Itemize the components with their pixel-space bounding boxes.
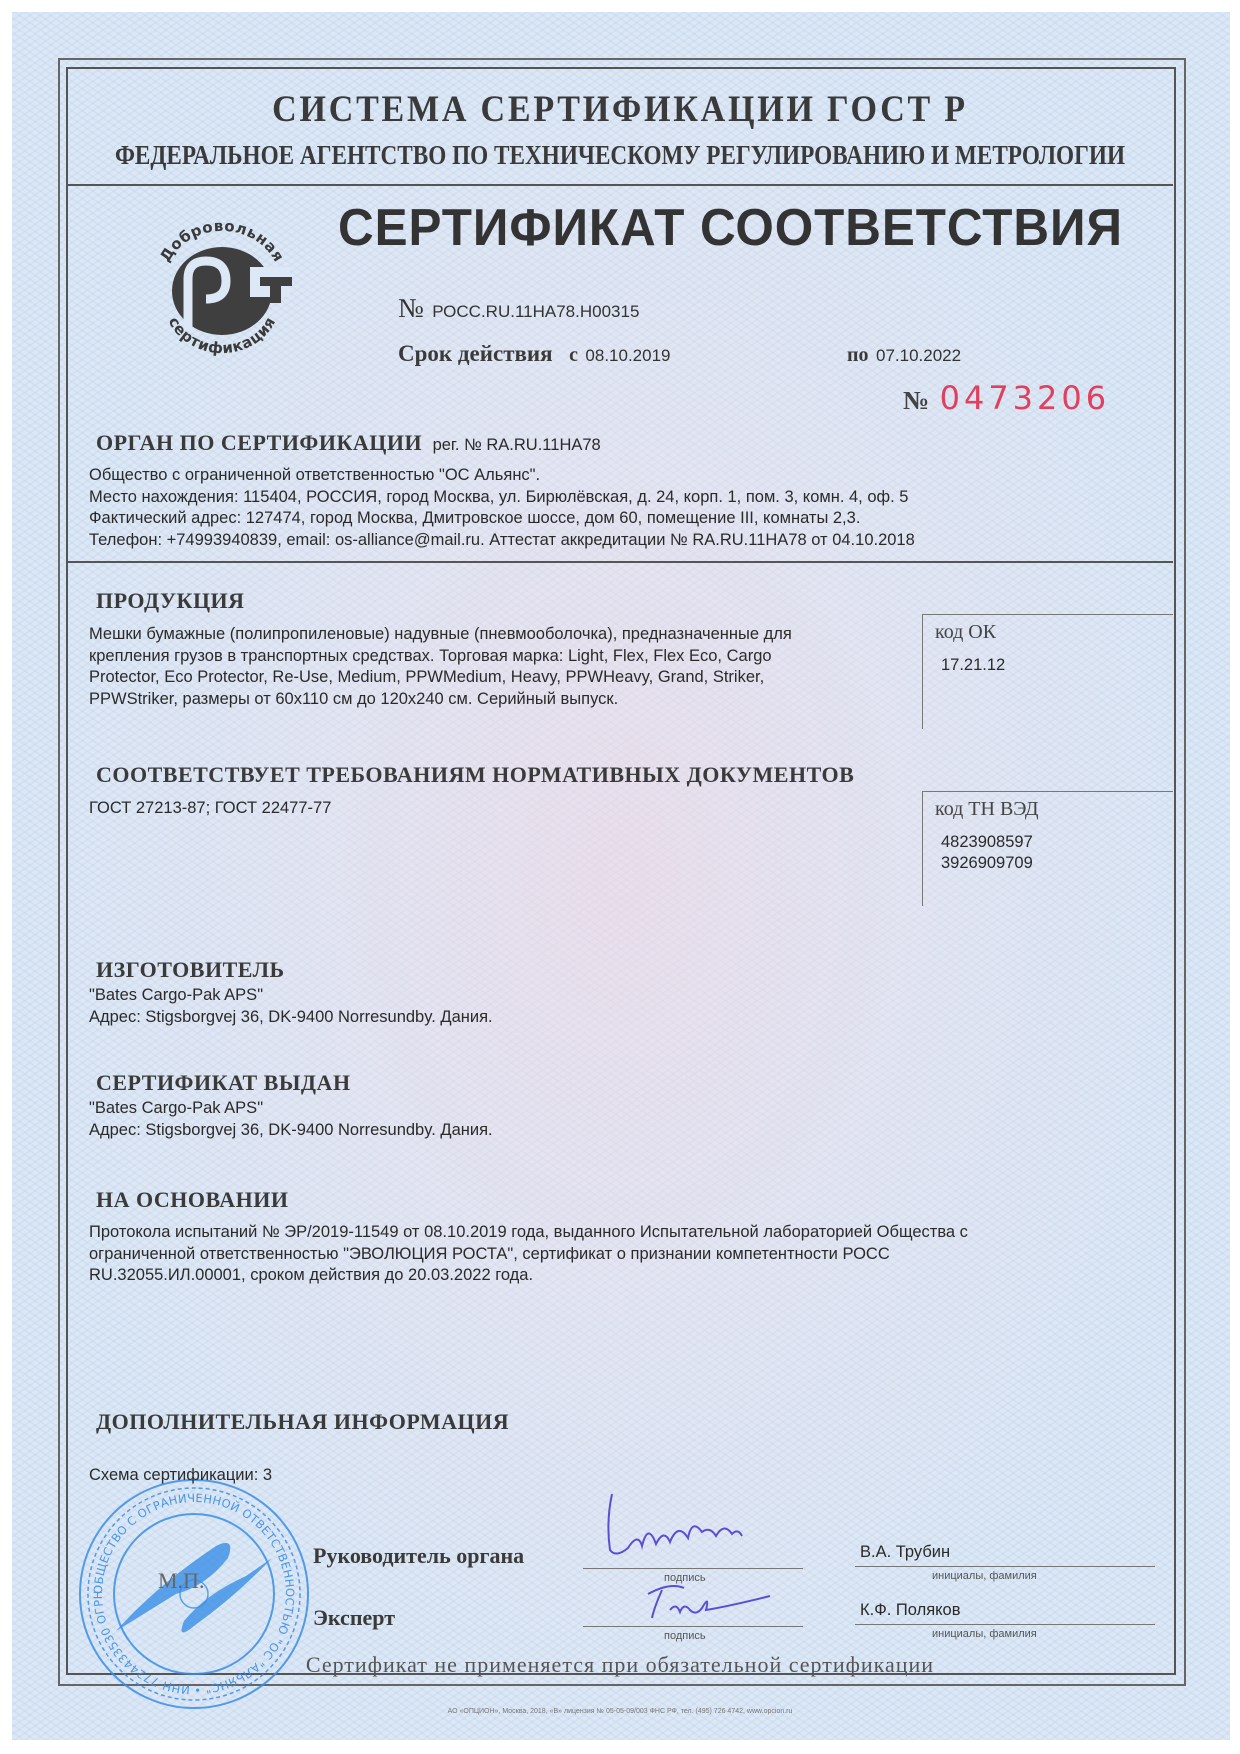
section-divider	[67, 561, 1173, 563]
expert-label: Эксперт	[313, 1605, 395, 1631]
tnved-code-values: 4823908597 3926909709	[941, 832, 1033, 874]
product-line: крепления грузов в транспортных средства…	[89, 646, 919, 668]
valid-to-row: по 07.10.2022	[847, 344, 961, 367]
product-line: PPWStriker, размеры от 60х110 см до 120х…	[89, 689, 919, 711]
certification-body-details: Общество с ограниченной ответственностью…	[89, 465, 1089, 551]
ok-code-value: 17.21.12	[941, 655, 1005, 676]
rst-logo-icon: Добровольная сертификация	[142, 205, 302, 365]
printer-imprint: АО «ОПЦИОН», Москва, 2018, «В» лицензия …	[0, 1708, 1240, 1715]
system-title: СИСТЕМА СЕРТИФИКАЦИИ ГОСТ Р	[50, 88, 1191, 131]
certification-body-heading: ОРГАН ПО СЕРТИФИКАЦИИ рег. № RA.RU.11НА7…	[96, 430, 601, 456]
issued-to-address: Адрес: Stigsborgvej 36, DK-9400 Norresun…	[89, 1120, 493, 1142]
validity-label: Срок действия	[398, 341, 553, 366]
expert-name: К.Ф. Поляков	[860, 1601, 961, 1620]
head-name: В.А. Трубин	[860, 1543, 950, 1562]
expert-signature-caption: подпись	[664, 1630, 706, 1642]
product-description: Мешки бумажные (полипропиленовые) надувн…	[89, 624, 919, 710]
head-name-caption: инициалы, фамилия	[932, 1570, 1037, 1582]
manufacturer-title: ИЗГОТОВИТЕЛЬ	[96, 957, 285, 983]
head-name-line	[855, 1566, 1155, 1567]
certificate-number: РОСС.RU.11НА78.Н00315	[432, 302, 639, 321]
product-line: Мешки бумажные (полипропиленовые) надувн…	[89, 624, 919, 646]
standards-title: СООТВЕТСТВУЕТ ТРЕБОВАНИЯМ НОРМАТИВНЫХ ДО…	[96, 762, 854, 788]
ok-code-label: код ОК	[935, 621, 996, 644]
basis-line: ограниченной ответственностью "ЭВОЛЮЦИЯ …	[89, 1244, 1149, 1266]
additional-info-title: ДОПОЛНИТЕЛЬНАЯ ИНФОРМАЦИЯ	[96, 1409, 509, 1435]
expert-name-line	[855, 1624, 1155, 1625]
issued-to-title: СЕРТИФИКАТ ВЫДАН	[96, 1070, 351, 1096]
basis-line: Протокола испытаний № ЭР/2019-11549 от 0…	[89, 1222, 1149, 1244]
issued-to-details: "Bates Cargo-Pak APS" Адрес: Stigsborgve…	[89, 1098, 493, 1141]
certification-body-reg: рег. № RA.RU.11НА78	[433, 436, 601, 454]
expert-name-caption: инициалы, фамилия	[932, 1628, 1037, 1640]
cb-line: Место нахождения: 115404, РОССИЯ, город …	[89, 487, 1089, 509]
issued-to-name: "Bates Cargo-Pak APS"	[89, 1098, 493, 1120]
tnved-code-label: код ТН ВЭД	[935, 798, 1038, 821]
valid-from: 08.10.2019	[585, 346, 670, 365]
blank-number-row: № 0473206	[903, 379, 1110, 417]
header-divider	[67, 184, 1173, 186]
manufacturer-name: "Bates Cargo-Pak APS"	[89, 985, 493, 1007]
tnved-code-value: 3926909709	[941, 853, 1033, 874]
cb-line: Телефон: +74993940839, email: os-allianc…	[89, 530, 1089, 552]
footer-note: Сертификат не применяется при обязательн…	[0, 1652, 1240, 1678]
blank-number-sign: №	[903, 386, 929, 415]
standards-text: ГОСТ 27213-87; ГОСТ 22477-77	[89, 798, 331, 820]
head-signature-icon	[598, 1492, 768, 1572]
tnved-code-value: 4823908597	[941, 832, 1033, 853]
manufacturer-address: Адрес: Stigsborgvej 36, DK-9400 Norresun…	[89, 1007, 493, 1029]
ok-code-box: код ОК 17.21.12	[922, 614, 1173, 729]
product-line: Protector, Eco Protector, Re-Use, Medium…	[89, 667, 919, 689]
to-label: по	[847, 344, 869, 366]
certification-scheme: Схема сертификации: 3	[89, 1466, 272, 1485]
product-title: ПРОДУКЦИЯ	[96, 588, 245, 614]
certificate-number-row: № РОСС.RU.11НА78.Н00315	[398, 293, 639, 324]
blank-number: 0473206	[940, 379, 1111, 417]
head-label: Руководитель органа	[313, 1543, 524, 1569]
expert-signature-line	[583, 1626, 803, 1627]
valid-to: 07.10.2022	[876, 346, 961, 365]
cb-line: Общество с ограниченной ответственностью…	[89, 465, 1089, 487]
mp-label: М.П.	[158, 1568, 204, 1594]
basis-details: Протокола испытаний № ЭР/2019-11549 от 0…	[89, 1222, 1149, 1287]
expert-signature-icon	[640, 1580, 780, 1624]
basis-title: НА ОСНОВАНИИ	[96, 1187, 289, 1213]
cb-line: Фактический адрес: 127474, город Москва,…	[89, 508, 1089, 530]
agency-title: ФЕДЕРАЛЬНОЕ АГЕНТСТВО ПО ТЕХНИЧЕСКОМУ РЕ…	[87, 140, 1153, 171]
validity-row: Срок действия с 08.10.2019	[398, 341, 671, 367]
tnved-code-box: код ТН ВЭД 4823908597 3926909709	[922, 791, 1173, 906]
basis-line: RU.32055.ИЛ.00001, сроком действия до 20…	[89, 1265, 1149, 1287]
manufacturer-details: "Bates Cargo-Pak APS" Адрес: Stigsborgve…	[89, 985, 493, 1028]
certificate-title: СЕРТИФИКАТ СООТВЕТСТВИЯ	[338, 198, 1123, 258]
from-label: с	[569, 344, 578, 366]
certification-body-title: ОРГАН ПО СЕРТИФИКАЦИИ	[96, 430, 422, 455]
number-sign: №	[398, 293, 424, 323]
